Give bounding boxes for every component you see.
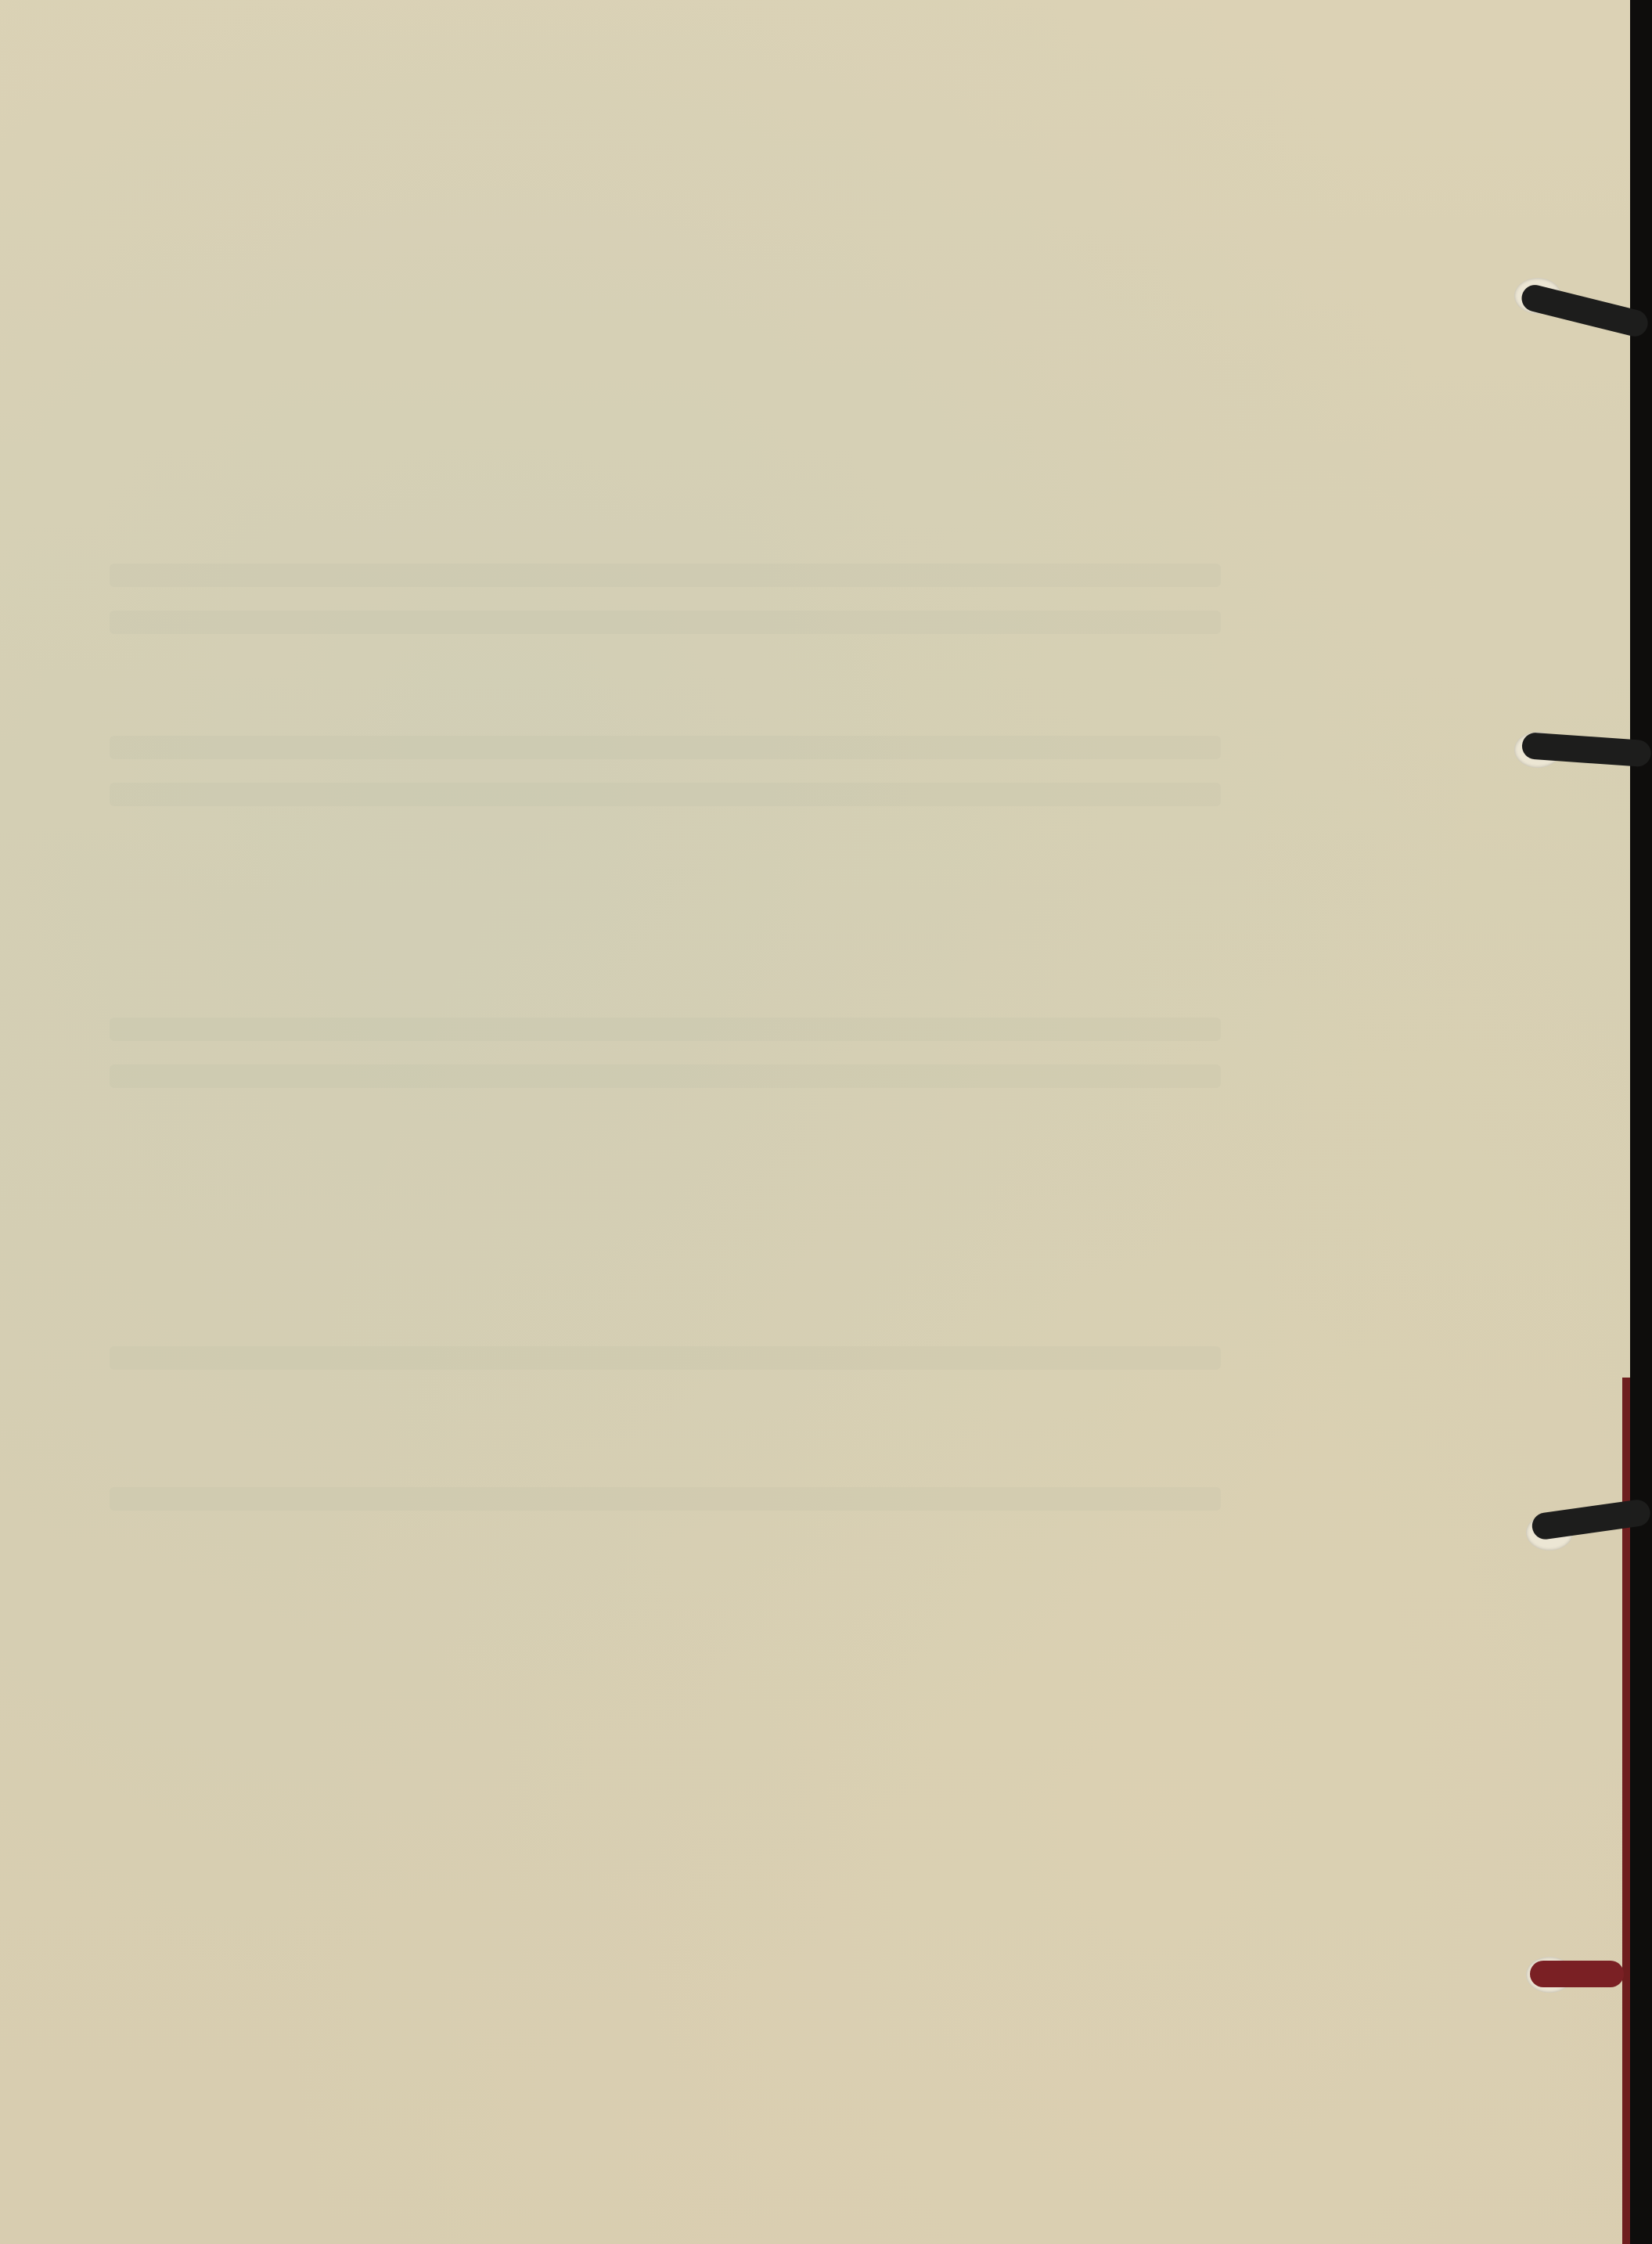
bleed-through-line [110, 564, 1221, 587]
bleed-through-line [110, 783, 1221, 806]
bleed-through-line [110, 1346, 1221, 1370]
bleed-through-line [110, 611, 1221, 634]
scanned-page [0, 0, 1652, 2244]
bleed-through-line [110, 736, 1221, 759]
bleed-through-line [110, 1064, 1221, 1088]
binding-spine [1630, 0, 1652, 2244]
bleed-through-line [110, 1487, 1221, 1511]
bleed-through-line [110, 1018, 1221, 1041]
binding-lace-4 [1530, 1961, 1624, 1987]
